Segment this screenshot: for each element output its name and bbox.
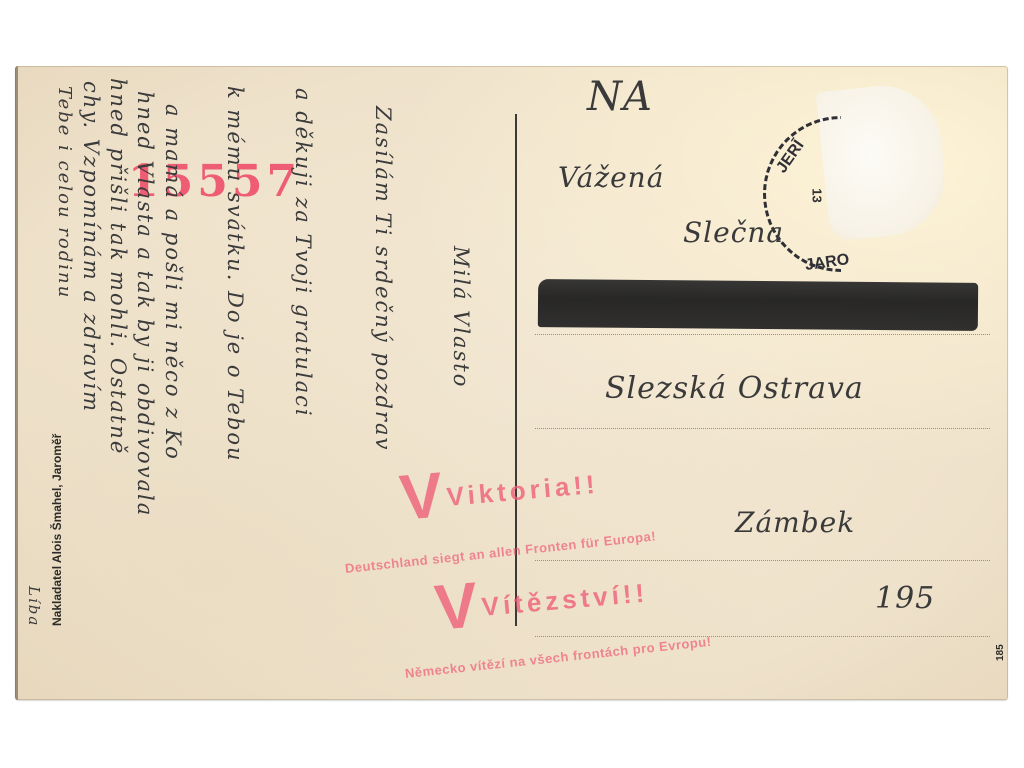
address-line [535, 428, 990, 429]
stamp-big-v: V [432, 567, 481, 644]
message-closing: Líba [25, 586, 43, 627]
stamp-vitezstvi: VVítězství!! [432, 553, 651, 645]
message-line: a mamá a pošli mi něco z Ko [161, 104, 185, 461]
message-line: Zasílám Ti srdečný pozdrav [371, 106, 395, 451]
postmark-day: 13 [810, 188, 825, 202]
message-line: hned přišli tak mohli. Ostatně [106, 78, 130, 455]
message-line: chy. Vzpomínám a zdravím [79, 81, 103, 413]
message-line: Tebe i celou rodinu [54, 86, 75, 299]
stamp-czech-title: Vítězství!! [480, 577, 649, 622]
message-line: a děkuji za Tvoji gratulaci [291, 88, 315, 418]
stamp-big-v: V [397, 457, 446, 534]
address-city: Slezská Ostrava [605, 371, 864, 406]
address-line [535, 334, 990, 335]
address-mark: NA [587, 74, 653, 120]
publisher-imprint: Nakladatel Alois Šmahel, Jaroměř [50, 434, 64, 626]
stamp-german-title: Viktoria!! [445, 469, 599, 513]
print-number: 185 [995, 644, 1006, 661]
address-house-number: 195 [875, 581, 935, 616]
address-title: Slečna [683, 216, 784, 249]
message-salutation: Milá Vlasto [449, 246, 473, 388]
message-line: hned Vlasta a tak by ji obdivovala [133, 91, 157, 517]
stamp-viktoria: VViktoria!! [397, 444, 602, 535]
postcard: 15557 Nakladatel Alois Šmahel, Jaroměř T… [15, 66, 1008, 700]
message-line: k mému svátku. Do je o Tebou [223, 86, 247, 463]
address-street: Zámbek [735, 506, 855, 539]
address-line [535, 636, 990, 637]
censor-redaction-bar [538, 279, 978, 331]
scan-background: 15557 Nakladatel Alois Šmahel, Jaroměř T… [0, 0, 1024, 768]
address-salutation: Vážená [558, 161, 664, 194]
